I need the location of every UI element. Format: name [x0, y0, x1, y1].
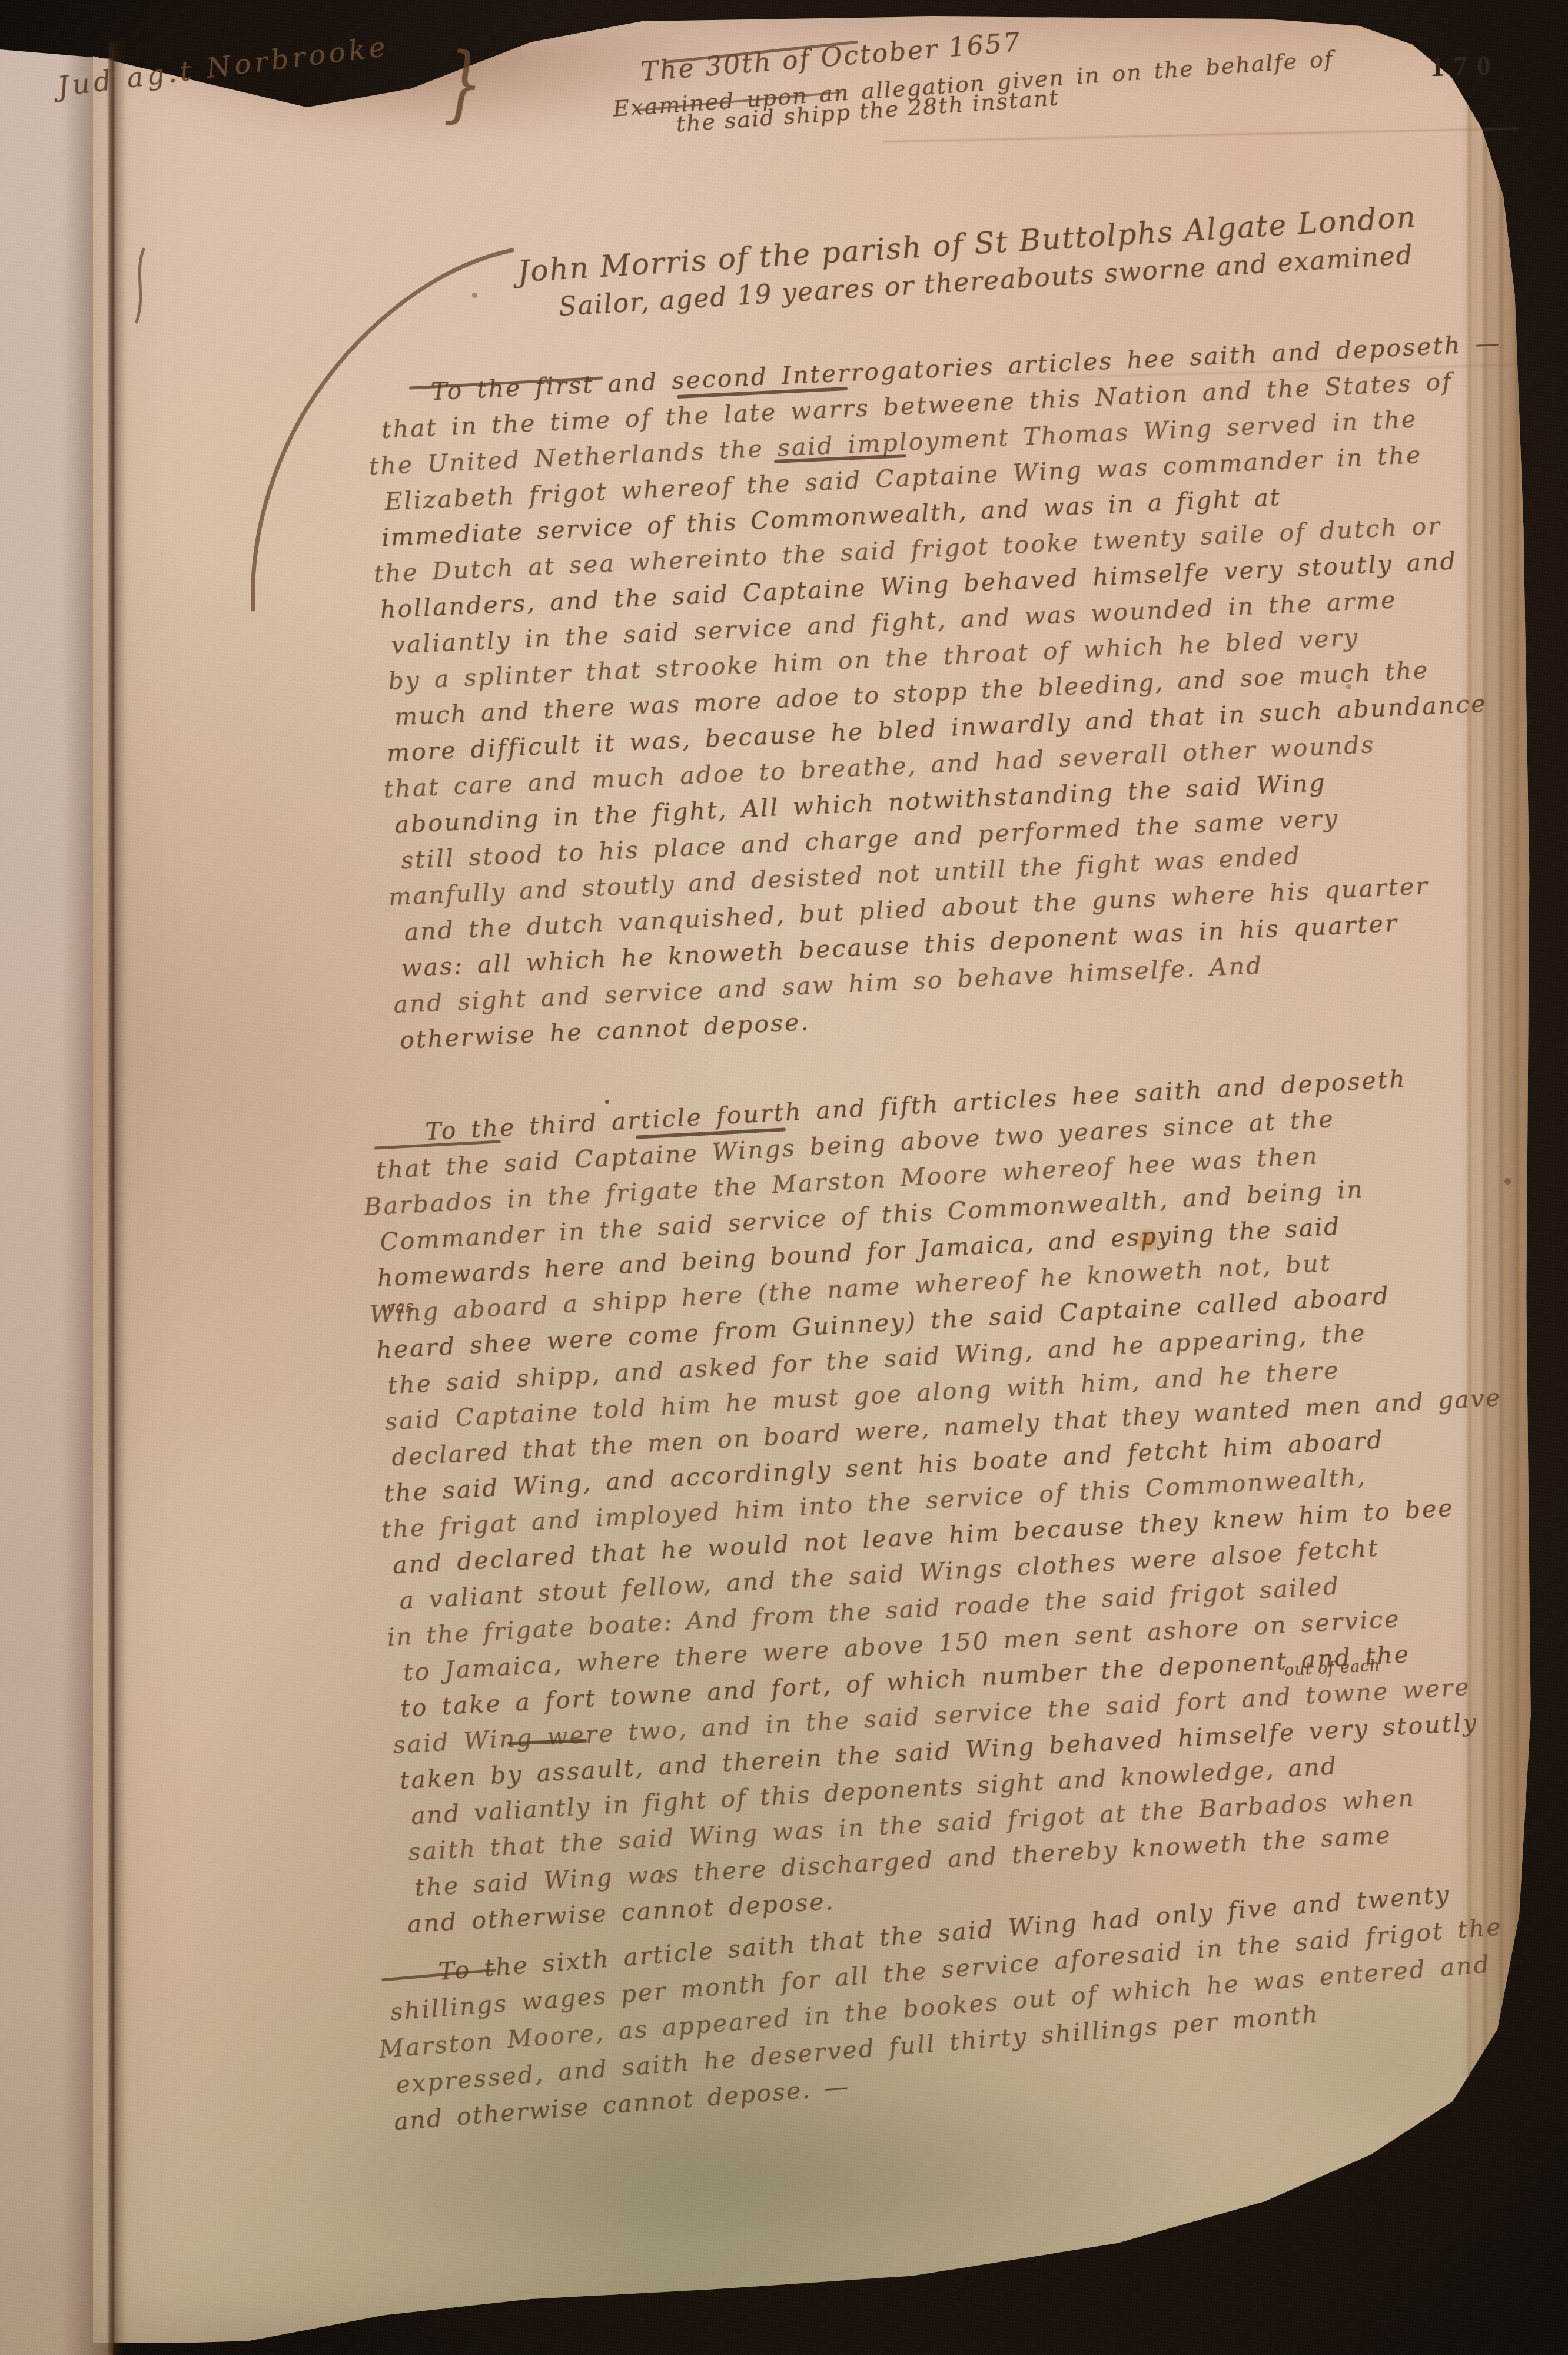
paragraph-answer-articles-4-5: To the third article fourth and fifth ar…	[364, 1057, 1527, 1942]
paper-specks	[605, 1100, 609, 1104]
margin-tick-mark	[128, 244, 152, 327]
interlinear-insertion: was	[381, 1298, 415, 1318]
manuscript-photo: 170 Jud ag.t Norbrooke } The 30th of Oct…	[0, 0, 1568, 2355]
binding-gutter-line	[112, 53, 114, 2355]
margin-note-brace: }	[443, 34, 484, 133]
folio-number: 170	[1430, 50, 1500, 83]
paragraph-answer-articles-1-2: To the first and second Interrogatories …	[370, 326, 1531, 1059]
